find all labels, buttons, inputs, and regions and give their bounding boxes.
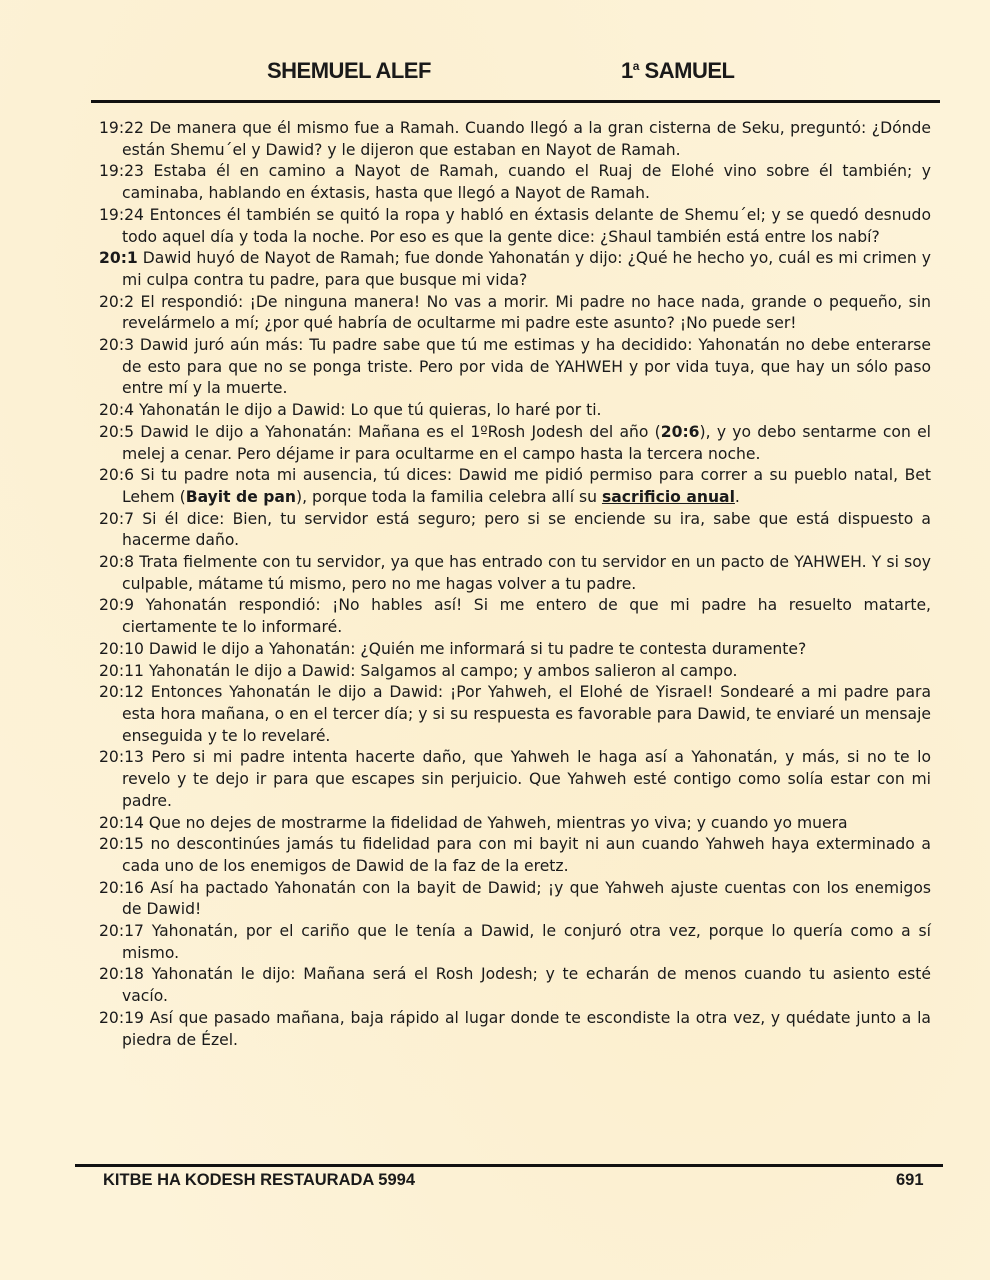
verse-19-24: 19:24 Entonces él también se quitó la ro… [99,205,931,248]
verse-ref: 20:2 [99,293,134,311]
verse-20-13: 20:13 Pero si mi padre intenta hacerte d… [99,747,931,812]
scripture-body: 19:22 De manera que él mismo fue a Ramah… [99,118,931,1051]
verse-20-2: 20:2 El respondió: ¡De ninguna manera! N… [99,292,931,335]
bold-gloss: Bayit de pan [186,488,296,506]
chapter-start-ref: 20:1 [99,249,138,267]
verse-text: Así ha pactado Yahonatán con la bayit de… [122,879,931,919]
verse-ref: 19:22 [99,119,144,137]
page-header: SHEMUEL ALEF 1a SAMUEL [0,58,990,90]
verse-20-19: 20:19 Así que pasado mañana, baja rápido… [99,1008,931,1051]
verse-20-1: 20:1 Dawid huyó de Nayot de Ramah; fue d… [99,248,931,291]
verse-ref: 20:11 [99,662,144,680]
verse-text: Yahonatán respondió: ¡No hables así! Si … [122,596,931,636]
verse-ref: 20:8 [99,553,134,571]
verse-20-4: 20:4 Yahonatán le dijo a Dawid: Lo que t… [99,400,931,422]
verse-20-16: 20:16 Así ha pactado Yahonatán con la ba… [99,878,931,921]
verse-ref: 20:15 [99,835,144,853]
verse-20-10: 20:10 Dawid le dijo a Yahonatán: ¿Quién … [99,639,931,661]
verse-ref: 20:4 [99,401,134,419]
verse-text: Yahonatán le dijo a Dawid: Salgamos al c… [144,662,737,680]
verse-ref: 20:16 [99,879,144,897]
verse-ref: 20:12 [99,683,144,701]
verse-ref: 20:14 [99,814,144,832]
verse-19-23: 19:23 Estaba él en camino a Nayot de Ram… [99,161,931,204]
verse-ref: 20:9 [99,596,134,614]
verse-ref: 20:17 [99,922,144,940]
verse-20-8: 20:8 Trata fielmente con tu servidor, ya… [99,552,931,595]
verse-ref: 20:19 [99,1009,144,1027]
verse-20-15: 20:15 no descontinúes jamás tu fidelidad… [99,834,931,877]
book-title-spanish: 1a SAMUEL [621,58,734,84]
verse-20-11: 20:11 Yahonatán le dijo a Dawid: Salgamo… [99,661,931,683]
verse-text: Trata fielmente con tu servidor, ya que … [122,553,931,593]
verse-ref: 20:6 [99,466,134,484]
verse-text: Que no dejes de mostrarme la fidelidad d… [144,814,848,832]
verse-ref: 19:24 [99,206,144,224]
verse-19-22: 19:22 De manera que él mismo fue a Ramah… [99,118,931,161]
verse-text: Así que pasado mañana, baja rápido al lu… [122,1009,931,1049]
verse-ref: 20:18 [99,965,144,983]
verse-20-3: 20:3 Dawid juró aún más: Tu padre sabe q… [99,335,931,400]
verse-ref: 20:3 [99,336,134,354]
cross-reference: 20:6 [661,423,700,441]
verse-text: Pero si mi padre intenta hacerte daño, q… [122,748,931,809]
verse-ref: 20:7 [99,510,134,528]
verse-20-7: 20:7 Si él dice: Bien, tu servidor está … [99,509,931,552]
verse-text: Entonces Yahonatán le dijo a Dawid: ¡Por… [122,683,931,744]
verse-text: Dawid juró aún más: Tu padre sabe que tú… [122,336,931,397]
verse-text: Yahonatán, por el cariño que le tenía a … [122,922,931,962]
verse-text: Si él dice: Bien, tu servidor está segur… [122,510,931,550]
verse-20-12: 20:12 Entonces Yahonatán le dijo a Dawid… [99,682,931,747]
verse-ref: 19:23 [99,162,144,180]
verse-20-17: 20:17 Yahonatán, por el cariño que le te… [99,921,931,964]
verse-text: no descontinúes jamás tu fidelidad para … [122,835,931,875]
verse-text: Dawid le dijo a Yahonatán: ¿Quién me inf… [144,640,806,658]
verse-text: . [735,488,740,506]
header-divider [91,100,940,103]
verse-ref: 20:10 [99,640,144,658]
book-name: SAMUEL [639,58,735,83]
verse-text: Estaba él en camino a Nayot de Ramah, cu… [122,162,931,202]
verse-text: ), porque toda la familia celebra allí s… [296,488,602,506]
page-number: 691 [896,1171,924,1190]
book-number: 1 [621,58,633,83]
underlined-emphasis: sacrificio anual [602,488,735,506]
verse-text: Entonces él también se quitó la ropa y h… [122,206,931,246]
verse-text: De manera que él mismo fue a Ramah. Cuan… [122,119,931,159]
verse-20-14: 20:14 Que no dejes de mostrarme la fidel… [99,813,931,835]
verse-20-6: 20:6 Si tu padre nota mi ausencia, tú di… [99,465,931,508]
book-title-hebrew: SHEMUEL ALEF [267,58,431,84]
verse-20-18: 20:18 Yahonatán le dijo: Mañana será el … [99,964,931,1007]
verse-20-5: 20:5 Dawid le dijo a Yahonatán: Mañana e… [99,422,931,465]
verse-20-9: 20:9 Yahonatán respondió: ¡No hables así… [99,595,931,638]
verse-text: El respondió: ¡De ninguna manera! No vas… [122,293,931,333]
verse-text: Dawid le dijo a Yahonatán: Mañana es el … [134,423,661,441]
footer-title: KITBE HA KODESH RESTAURADA 5994 [103,1171,415,1190]
verse-text: Yahonatán le dijo a Dawid: Lo que tú qui… [134,401,601,419]
verse-text: Yahonatán le dijo: Mañana será el Rosh J… [122,965,931,1005]
verse-text: Dawid huyó de Nayot de Ramah; fue donde … [122,249,931,289]
verse-ref: 20:5 [99,423,134,441]
footer-divider [75,1164,943,1167]
verse-ref: 20:13 [99,748,144,766]
